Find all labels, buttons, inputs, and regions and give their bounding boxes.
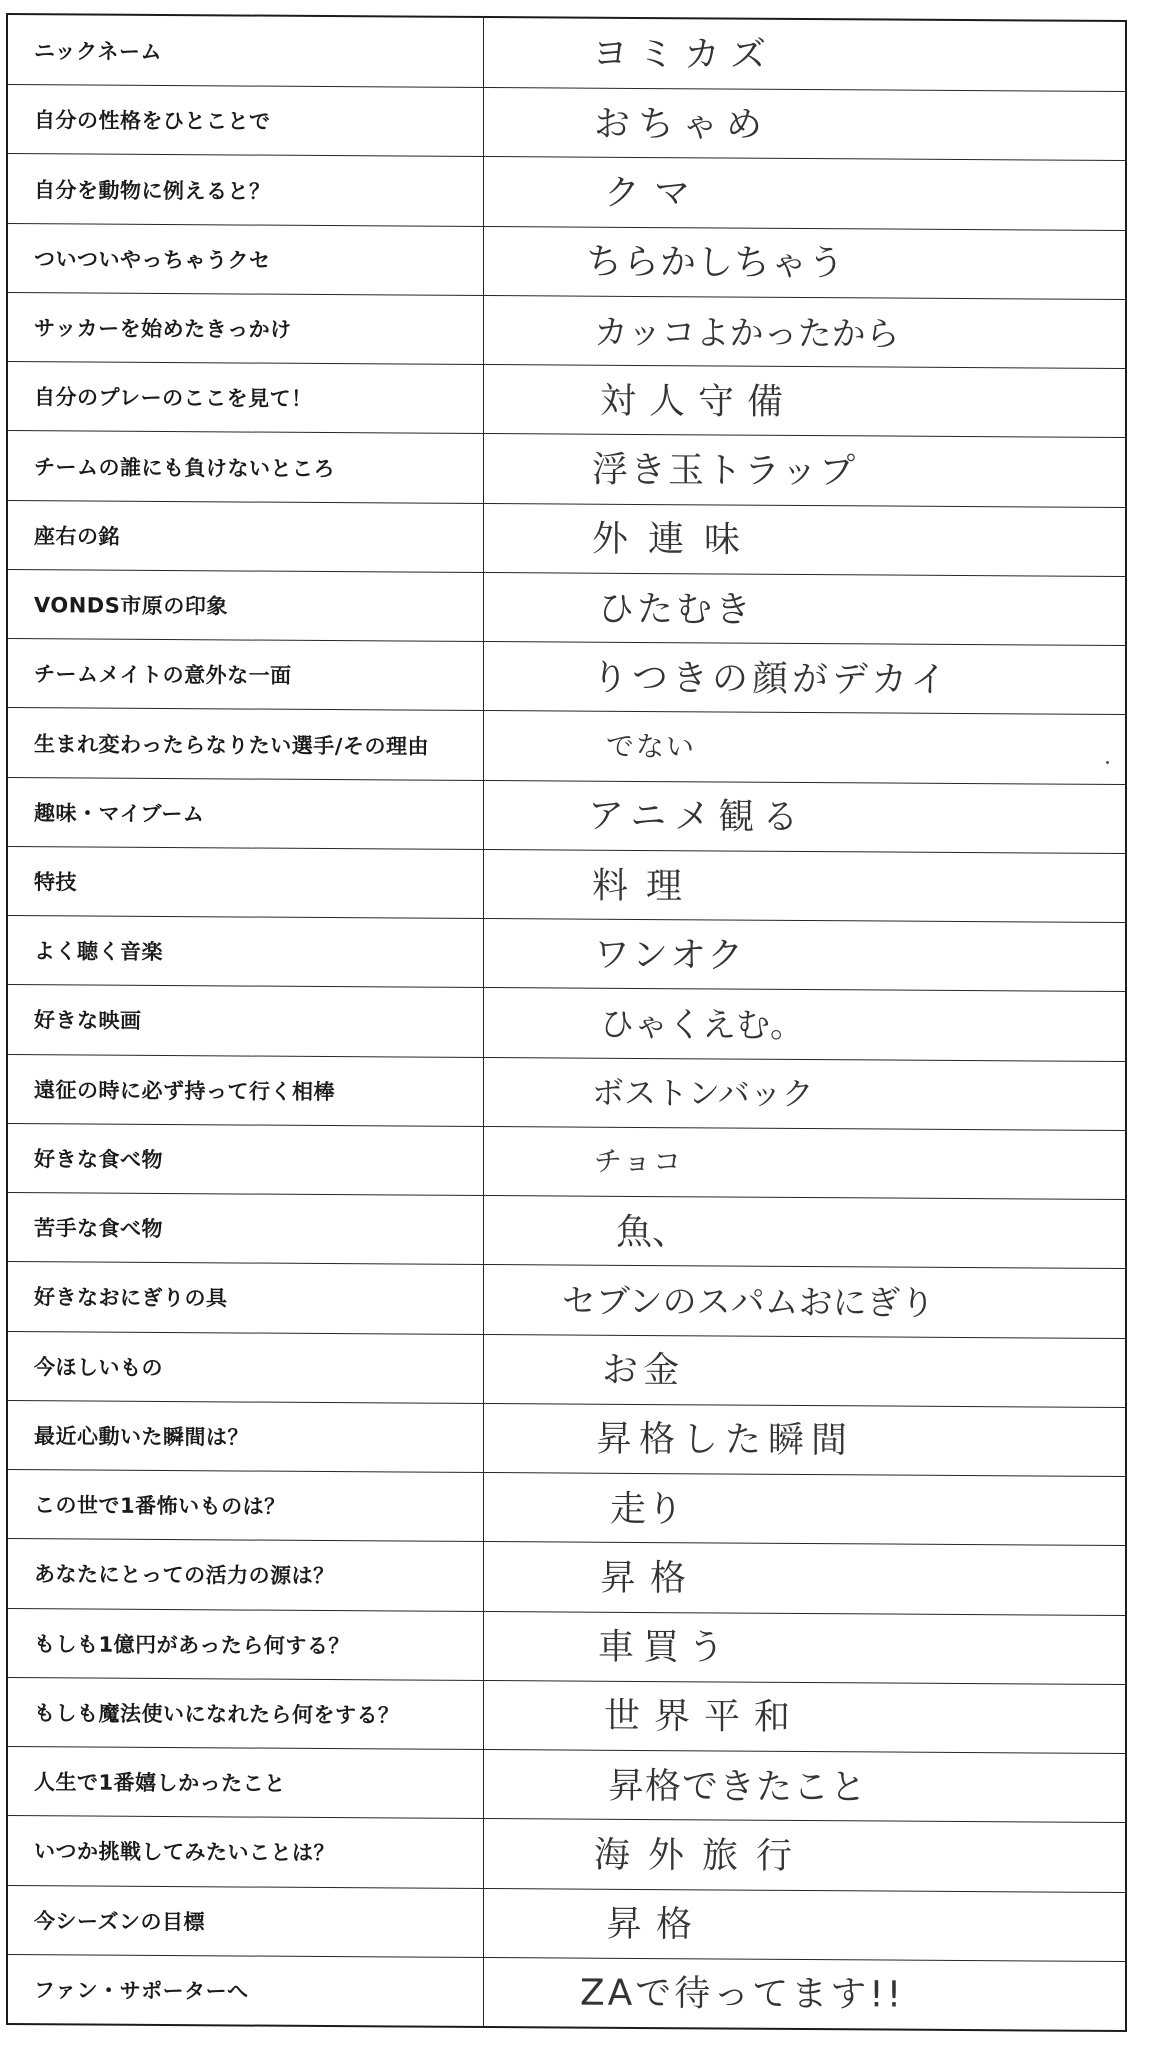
question-label: 今ほしいもの [8,1332,484,1403]
question-label: 趣味・マイブーム [8,778,484,849]
handwritten-answer: セブンのスパムおにぎり [484,1265,1125,1337]
question-label: この世で1番怖いものは？ [8,1470,484,1541]
handwritten-answer: ZAで待ってます!! [484,1958,1125,2030]
form-row-team-impression: VONDS市原の印象 ひたむき [8,569,1125,645]
question-label: 遠征の時に必ず持って行く相棒 [8,1055,484,1126]
form-row-teammate-side: チームメイトの意外な一面 りつきの顔がデカイ [8,638,1125,714]
form-row-message-to-fans: ファン・サポーターへ ZAで待ってます!! [8,1954,1125,2030]
handwritten-answer: 海外旅行 [484,1819,1125,1891]
handwritten-answer: ボストンバック [484,1058,1125,1130]
form-row-scariest: この世で1番怖いものは？ 走り [8,1469,1125,1545]
handwritten-answer: 外連味 [484,504,1125,576]
questionnaire-table: ニックネーム ヨミカズ 自分の性格をひとことで おちゃめ 自分を動物に例えると？… [6,13,1127,2032]
question-label: 好きな映画 [8,985,484,1056]
question-label: 自分の性格をひとことで [8,85,484,156]
question-label: 自分を動物に例えると？ [8,154,484,225]
form-row-want-now: 今ほしいもの お金 [8,1331,1125,1407]
question-label: 今シーズンの目標 [8,1886,484,1957]
question-label: サッカーを始めたきっかけ [8,293,484,364]
question-label: よく聴く音楽 [8,916,484,987]
handwritten-answer: 昇格 [484,1542,1125,1614]
question-label: 好きな食べ物 [8,1124,484,1195]
form-row-skill: 特技 料理 [8,846,1125,922]
handwritten-answer: ひゃくえむ。 [484,988,1125,1060]
question-label: もしも1億円があったら何する？ [8,1609,484,1680]
question-label: ニックネーム [8,15,484,87]
question-label: 苦手な食べ物 [8,1193,484,1264]
form-row-onigiri: 好きなおにぎりの具 セブンのスパムおにぎり [8,1261,1125,1337]
handwritten-answer: ヨミカズ [484,18,1125,91]
question-label: チームの誰にも負けないところ [8,431,484,502]
handwritten-answer: お金 [484,1335,1125,1407]
form-row-100m-yen: もしも1億円があったら何する？ 車買う [8,1608,1125,1684]
form-row-hobby: 趣味・マイブーム アニメ観る [8,777,1125,853]
question-label: 特技 [8,847,484,918]
form-row-soccer-start: サッカーを始めたきっかけ カッコよかったから [8,292,1125,368]
handwritten-answer: でない [484,711,1125,783]
question-label: ファン・サポーターへ [8,1955,484,2026]
question-label: もしも魔法使いになれたら何をする？ [8,1678,484,1749]
handwritten-answer: おちゃめ [484,88,1125,160]
handwritten-answer: アニメ観る [484,781,1125,853]
question-label: あなたにとっての活力の源は？ [8,1539,484,1610]
form-row-season-goal: 今シーズンの目標 昇格 [8,1885,1125,1961]
handwritten-answer: 走り [484,1473,1125,1545]
handwritten-answer: 昇格した瞬間 [484,1404,1125,1476]
form-row-challenge: いつか挑戦してみたいことは？ 海外旅行 [8,1815,1125,1891]
handwritten-answer: 対人守備 [484,365,1125,437]
handwritten-answer: 世界平和 [484,1681,1125,1753]
form-row-wizard: もしも魔法使いになれたら何をする？ 世界平和 [8,1677,1125,1753]
question-label: 好きなおにぎりの具 [8,1262,484,1333]
form-row-nickname: ニックネーム ヨミカズ [8,15,1125,91]
question-label: 人生で1番嬉しかったこと [8,1747,484,1818]
question-label: VONDS市原の印象 [8,570,484,641]
question-label: ついついやっちゃうクセ [8,224,484,295]
handwritten-answer: ちらかしちゃう [484,227,1125,299]
handwritten-answer: 昇格できたこと [484,1750,1125,1822]
question-label: いつか挑戦してみたいことは？ [8,1816,484,1887]
question-label: チームメイトの意外な一面 [8,639,484,710]
handwritten-answer: 料理 [484,850,1125,922]
handwritten-answer: クマ [484,157,1125,229]
form-row-away-item: 遠征の時に必ず持って行く相棒 ボストンバック [8,1054,1125,1130]
question-label: 最近心動いた瞬間は？ [8,1401,484,1472]
form-row-reborn-player: 生まれ変わったらなりたい選手/その理由 でない [8,707,1125,783]
form-row-play-point: 自分のプレーのここを見て！ 対人守備 [8,361,1125,437]
form-row-moved-moment: 最近心動いた瞬間は？ 昇格した瞬間 [8,1400,1125,1476]
handwritten-answer: 車買う [484,1612,1125,1684]
form-row-motto: 座右の銘 外連味 [8,500,1125,576]
question-label: 座右の銘 [8,501,484,572]
question-label: 自分のプレーのここを見て！ [8,362,484,433]
handwritten-answer: カッコよかったから [484,296,1125,368]
question-label: 生まれ変わったらなりたい選手/その理由 [8,708,484,779]
form-row-disliked-food: 苦手な食べ物 魚、 [8,1192,1125,1268]
form-row-personality: 自分の性格をひとことで おちゃめ [8,84,1125,160]
handwritten-answer: チョコ [484,1127,1125,1199]
scan-speck [1106,761,1109,764]
handwritten-answer: りつきの顔がデカイ [484,642,1125,714]
form-row-music: よく聴く音楽 ワンオク [8,915,1125,991]
handwritten-answer: 魚、 [484,1196,1125,1268]
handwritten-answer: 浮き玉トラップ [484,434,1125,506]
form-row-happiest: 人生で1番嬉しかったこと 昇格できたこと [8,1746,1125,1822]
form-row-animal: 自分を動物に例えると？ クマ [8,153,1125,229]
form-row-movie: 好きな映画 ひゃくえむ。 [8,984,1125,1060]
form-row-strength: チームの誰にも負けないところ 浮き玉トラップ [8,430,1125,506]
form-row-habit: ついついやっちゃうクセ ちらかしちゃう [8,223,1125,299]
handwritten-answer: ワンオク [484,919,1125,991]
handwritten-answer: ひたむき [484,573,1125,645]
form-row-favorite-food: 好きな食べ物 チョコ [8,1123,1125,1199]
handwritten-answer: 昇格 [484,1889,1125,1961]
form-row-energy-source: あなたにとっての活力の源は？ 昇格 [8,1538,1125,1614]
